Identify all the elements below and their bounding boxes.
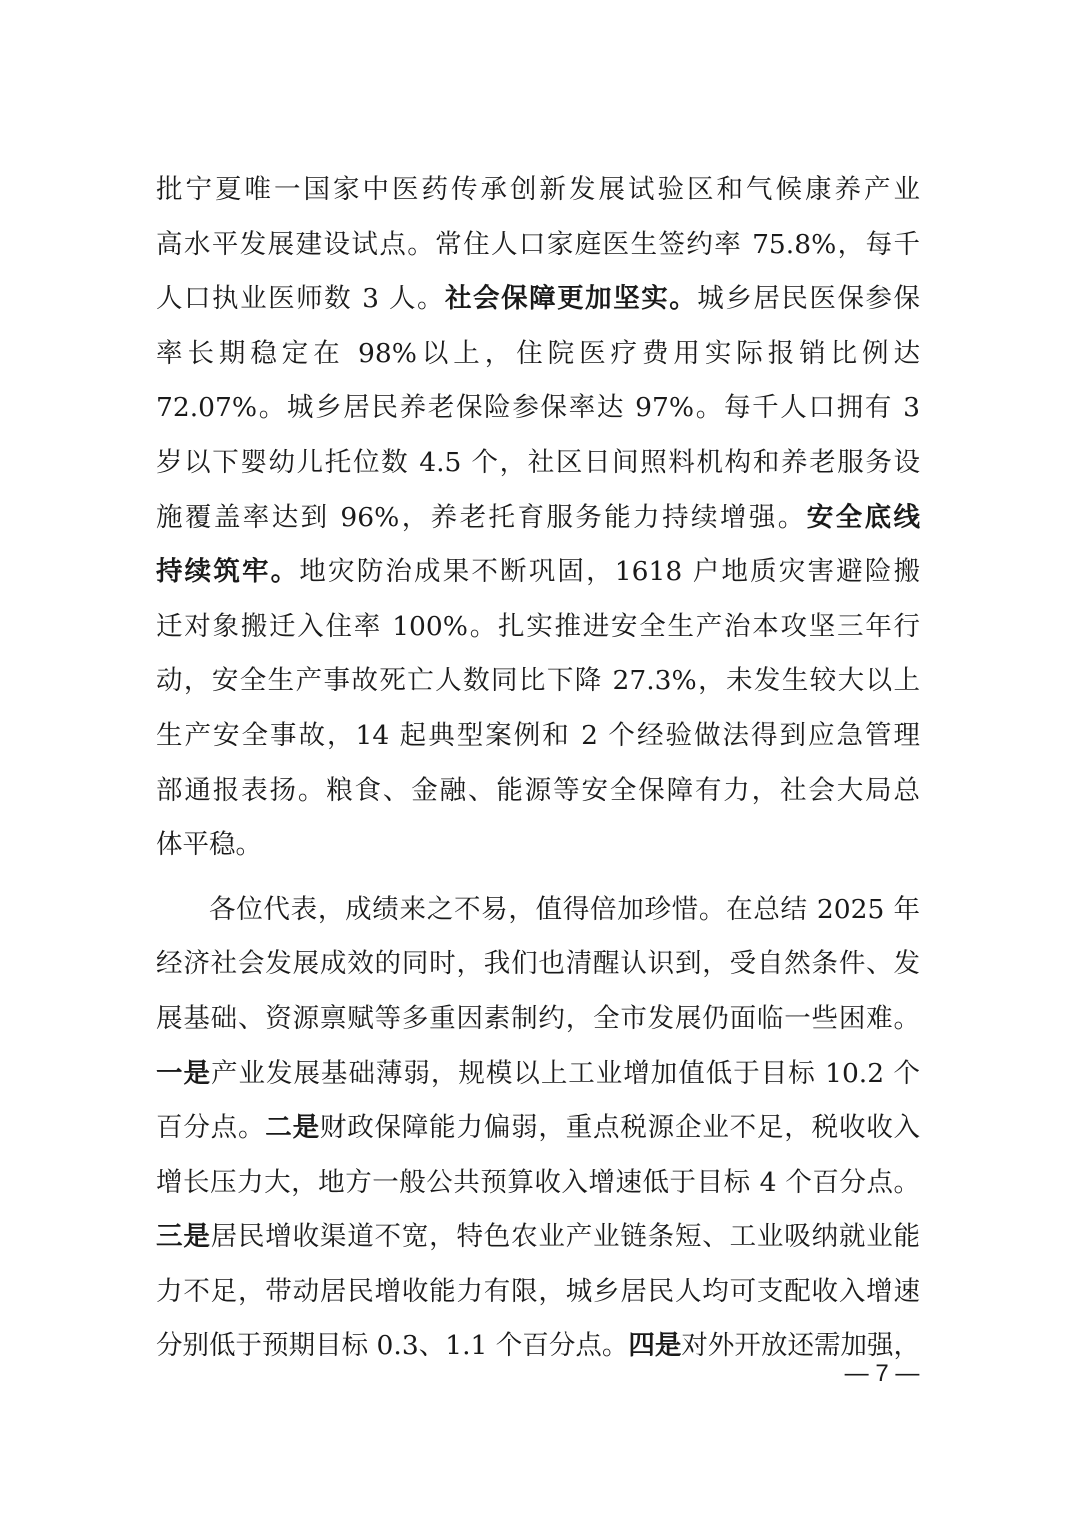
bold-label-first: 一是 [156,1058,211,1089]
text-run: 展基础、资源禀赋等多重因素制约，全市发展仍面临一些困难。 [156,1003,920,1034]
page-number: — 7 — [842,1360,922,1388]
text-line: 体平稳。 [156,818,920,873]
text-line: 百分点。二是财政保障能力偏弱，重点税源企业不足，税收收入 [156,1101,920,1156]
text-line: 岁以下婴幼儿托位数 4.5 个，社区日间照料机构和养老服务设 [156,436,920,491]
text-line: 率长期稳定在 98%以上，住院医疗费用实际报销比例达 [156,327,920,382]
paragraph-spacer [156,873,920,883]
text-line: 施覆盖率达到 96%，养老托育服务能力持续增强。安全底线 [156,491,920,546]
bold-heading-social-security: 社会保障更加坚实。 [445,283,697,314]
text-run: 经济社会发展成效的同时，我们也清醒认识到，受自然条件、发 [156,948,920,979]
text-run: 动，安全生产事故死亡人数同比下降 27.3%，未发生较大以上 [156,665,920,696]
paragraph-achievements: 批宁夏唯一国家中医药传承创新发展试验区和气候康养产业 高水平发展建设试点。常住人… [156,163,920,873]
text-run: 部通报表扬。粮食、金融、能源等安全保障有力，社会大局总 [156,775,920,806]
text-line: 增长压力大，地方一般公共预算收入增速低于目标 4 个百分点。 [156,1156,920,1211]
text-run: 各位代表，成绩来之不易，值得倍加珍惜。在总结 2025 年 [209,894,920,925]
text-line: 人口执业医师数 3 人。社会保障更加坚实。城乡居民医保参保 [156,272,920,327]
bold-heading-safety-cont: 持续筑牢。 [156,556,299,587]
document-body: 批宁夏唯一国家中医药传承创新发展试验区和气候康养产业 高水平发展建设试点。常住人… [156,163,920,1374]
text-run: 财政保障能力偏弱，重点税源企业不足，税收收入 [320,1112,920,1143]
text-run: 体平稳。 [156,829,262,860]
text-run: 增长压力大，地方一般公共预算收入增速低于目标 4 个百分点。 [156,1167,920,1198]
text-line: 部通报表扬。粮食、金融、能源等安全保障有力，社会大局总 [156,764,920,819]
text-line: 展基础、资源禀赋等多重因素制约，全市发展仍面临一些困难。 [156,992,920,1047]
bold-heading-safety: 安全底线 [807,502,920,533]
text-line: 持续筑牢。地灾防治成果不断巩固，1618 户地质灾害避险搬 [156,545,920,600]
text-run: 地灾防治成果不断巩固，1618 户地质灾害避险搬 [299,556,920,587]
text-line: 分别低于预期目标 0.3、1.1 个百分点。四是对外开放还需加强， [156,1319,920,1374]
text-line: 力不足，带动居民增收能力有限，城乡居民人均可支配收入增速 [156,1265,920,1320]
bold-label-third: 三是 [156,1221,211,1252]
bold-label-fourth: 四是 [628,1330,681,1361]
text-line: 一是产业发展基础薄弱，规模以上工业增加值低于目标 10.2 个 [156,1047,920,1102]
text-run: 力不足，带动居民增收能力有限，城乡居民人均可支配收入增速 [156,1276,920,1307]
bold-label-second: 二是 [265,1112,320,1143]
text-run: 人口执业医师数 3 人。 [156,283,445,314]
text-line: 经济社会发展成效的同时，我们也清醒认识到，受自然条件、发 [156,937,920,992]
text-line: 动，安全生产事故死亡人数同比下降 27.3%，未发生较大以上 [156,654,920,709]
text-run: 生产安全事故，14 起典型案例和 2 个经验做法得到应急管理 [156,720,920,751]
text-line: 各位代表，成绩来之不易，值得倍加珍惜。在总结 2025 年 [156,883,920,938]
text-line: 72.07%。城乡居民养老保险参保率达 97%。每千人口拥有 3 [156,381,920,436]
text-run: 率长期稳定在 98%以上，住院医疗费用实际报销比例达 [156,338,920,369]
text-run: 对外开放还需加强， [681,1330,920,1361]
text-line: 批宁夏唯一国家中医药传承创新发展试验区和气候康养产业 [156,163,920,218]
paragraph-difficulties: 各位代表，成绩来之不易，值得倍加珍惜。在总结 2025 年 经济社会发展成效的同… [156,883,920,1374]
text-run: 居民增收渠道不宽，特色农业产业链条短、工业吸纳就业能 [211,1221,920,1252]
text-run: 分别低于预期目标 0.3、1.1 个百分点。 [156,1330,628,1361]
text-run: 高水平发展建设试点。常住人口家庭医生签约率 75.8%，每千 [156,229,920,260]
text-run: 72.07%。城乡居民养老保险参保率达 97%。每千人口拥有 3 [156,392,920,423]
text-run: 批宁夏唯一国家中医药传承创新发展试验区和气候康养产业 [156,174,920,205]
text-line: 生产安全事故，14 起典型案例和 2 个经验做法得到应急管理 [156,709,920,764]
text-line: 高水平发展建设试点。常住人口家庭医生签约率 75.8%，每千 [156,218,920,273]
text-line: 三是居民增收渠道不宽，特色农业产业链条短、工业吸纳就业能 [156,1210,920,1265]
text-run: 城乡居民医保参保 [697,283,920,314]
text-run: 产业发展基础薄弱，规模以上工业增加值低于目标 10.2 个 [211,1058,920,1089]
text-run: 百分点。 [156,1112,265,1143]
text-run: 迁对象搬迁入住率 100%。扎实推进安全生产治本攻坚三年行 [156,611,920,642]
text-run: 施覆盖率达到 96%，养老托育服务能力持续增强。 [156,502,807,533]
text-line: 迁对象搬迁入住率 100%。扎实推进安全生产治本攻坚三年行 [156,600,920,655]
text-run: 岁以下婴幼儿托位数 4.5 个，社区日间照料机构和养老服务设 [156,447,920,478]
